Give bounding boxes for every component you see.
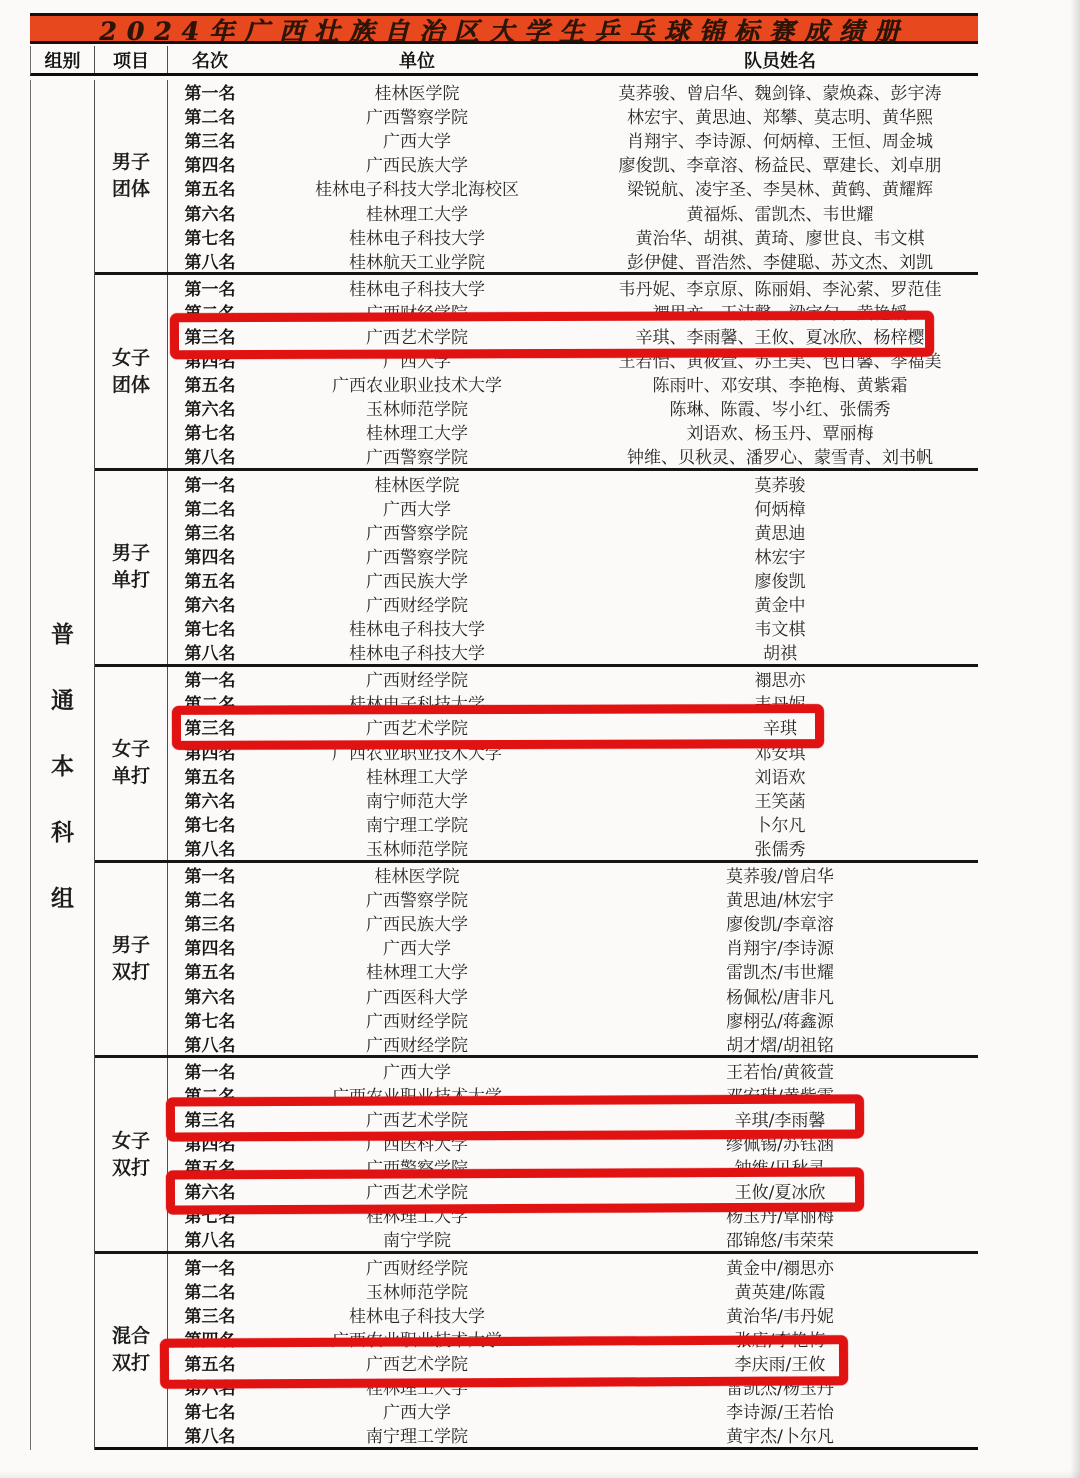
rank-cell: 第六名 — [168, 1374, 252, 1399]
rows-container: 第一名广西财经学院黄金中/禤思亦第二名玉林师范学院黄英建/陈霞第三名桂林电子科技… — [168, 1254, 978, 1447]
players-cell: 黄金中 — [582, 591, 978, 616]
rank-cell: 第五名 — [168, 1154, 252, 1179]
event-section: 女子双打第一名广西大学王若怡/黄筱萱第二名广西农业职业技术大学邓安琪/黄紫霜第三… — [95, 1058, 978, 1254]
result-row: 第二名桂林电子科技大学韦丹妮 — [168, 691, 978, 715]
rank-cell: 第七名 — [168, 811, 252, 836]
result-row: 第五名桂林电子科技大学北海校区梁锐航、凌宇圣、李昊林、黄鹤、黄耀辉 — [168, 176, 978, 200]
unit-cell: 广西警察学院 — [252, 1154, 582, 1179]
page-title: 2024年广西壮族自治区大学生乒乓球锦标赛成绩册 — [99, 12, 909, 48]
players-cell: 肖翔宇、李诗源、何炳樟、王恒、周金城 — [582, 127, 978, 152]
rank-cell: 第八名 — [168, 248, 252, 273]
rank-cell: 第六名 — [168, 787, 252, 812]
event-section: 混合双打第一名广西财经学院黄金中/禤思亦第二名玉林师范学院黄英建/陈霞第三名桂林… — [95, 1254, 978, 1450]
players-cell: 王攸/夏冰欣 — [582, 1178, 978, 1203]
header-players: 队员姓名 — [582, 46, 978, 73]
header-unit: 单位 — [252, 46, 582, 73]
unit-cell: 广西财经学院 — [252, 1007, 582, 1032]
players-cell: 林宏宇 — [582, 543, 978, 568]
players-cell: 刘语欢 — [582, 763, 978, 788]
players-cell: 陈琳、陈霞、岑小红、张儒秀 — [582, 395, 978, 420]
rank-cell: 第七名 — [168, 1007, 252, 1032]
table-body: 普通本科组 男子团体第一名桂林医学院莫荞骏、曾启华、魏剑锋、蒙焕森、彭宇涛第二名… — [30, 80, 978, 1450]
unit-cell: 桂林电子科技大学北海校区 — [252, 175, 582, 200]
rank-cell: 第四名 — [168, 1130, 252, 1155]
players-cell: 黄金中/禤思亦 — [582, 1254, 978, 1279]
unit-cell: 桂林电子科技大学 — [252, 275, 582, 300]
rank-cell: 第六名 — [168, 591, 252, 616]
players-cell: 钟维、贝秋灵、潘罗心、蒙雪青、刘书帆 — [582, 443, 978, 468]
result-row: 第五名桂林理工大学雷凯杰/韦世耀 — [168, 959, 978, 983]
result-row: 第四名广西医科大学缪佩锡/苏钰涵 — [168, 1131, 978, 1155]
rank-cell: 第一名 — [168, 471, 252, 496]
players-cell: 张唐/李艳梅 — [582, 1326, 978, 1351]
players-cell: 钟维/贝秋灵 — [582, 1154, 978, 1179]
players-cell: 肖翔宇/李诗源 — [582, 934, 978, 959]
unit-cell: 广西民族大学 — [252, 567, 582, 592]
unit-cell: 南宁学院 — [252, 1226, 582, 1251]
unit-cell: 广西医科大学 — [252, 983, 582, 1008]
players-cell: 辛琪 — [582, 714, 978, 739]
unit-cell: 玉林师范学院 — [252, 835, 582, 860]
players-cell: 邓安琪/黄紫霜 — [582, 1082, 978, 1107]
result-row: 第七名广西财经学院廖栩弘/蒋鑫源 — [168, 1007, 978, 1031]
result-row: 第三名广西艺术学院辛琪/李雨馨 — [168, 1106, 978, 1130]
unit-cell: 广西农业职业技术大学 — [252, 371, 582, 396]
rank-cell: 第八名 — [168, 835, 252, 860]
rank-cell: 第四名 — [168, 1326, 252, 1351]
rows-container: 第一名桂林医学院莫荞骏第二名广西大学何炳樟第三名广西警察学院黄思迪第四名广西警察… — [168, 471, 978, 664]
header-event: 项目 — [95, 46, 168, 73]
result-row: 第五名广西警察学院钟维/贝秋灵 — [168, 1155, 978, 1179]
players-cell: 王笑菡 — [582, 787, 978, 812]
rank-cell: 第五名 — [168, 958, 252, 983]
unit-cell: 玉林师范学院 — [252, 395, 582, 420]
rank-cell: 第六名 — [168, 200, 252, 225]
event-section: 女子团体第一名桂林电子科技大学韦丹妮、李京原、陈丽娟、李沁萦、罗范佳第二名广西财… — [95, 275, 978, 471]
unit-cell: 广西农业职业技术大学 — [252, 1082, 582, 1107]
unit-cell: 桂林电子科技大学 — [252, 224, 582, 249]
result-row: 第一名桂林电子科技大学韦丹妮、李京原、陈丽娟、李沁萦、罗范佳 — [168, 275, 978, 299]
rank-cell: 第二名 — [168, 1082, 252, 1107]
players-cell: 林宏宇、黄思迪、郑攀、莫志明、黄华熙 — [582, 103, 978, 128]
unit-cell: 桂林理工大学 — [252, 419, 582, 444]
result-row: 第二名广西财经学院禤思亦、王洁馨、梁宇匀、黄艳媛 — [168, 299, 978, 323]
result-row: 第五名桂林理工大学刘语欢 — [168, 763, 978, 787]
result-row: 第四名广西农业职业技术大学邓安琪 — [168, 739, 978, 763]
result-row: 第一名广西财经学院黄金中/禤思亦 — [168, 1254, 978, 1278]
unit-cell: 桂林理工大学 — [252, 763, 582, 788]
players-cell: 杨佩松/唐非凡 — [582, 983, 978, 1008]
result-row: 第七名桂林电子科技大学黄治华、胡祺、黄琦、廖世良、韦文棋 — [168, 224, 978, 248]
players-cell: 胡祺 — [582, 639, 978, 664]
rank-cell: 第六名 — [168, 1178, 252, 1203]
rank-cell: 第七名 — [168, 615, 252, 640]
event-section: 男子团体第一名桂林医学院莫荞骏、曾启华、魏剑锋、蒙焕森、彭宇涛第二名广西警察学院… — [95, 80, 978, 276]
unit-cell: 广西民族大学 — [252, 910, 582, 935]
result-row: 第四名广西民族大学廖俊凯、李章溶、杨益民、覃建长、刘卓朋 — [168, 152, 978, 176]
rank-cell: 第三名 — [168, 1302, 252, 1327]
unit-cell: 广西艺术学院 — [252, 1106, 582, 1131]
result-row: 第三名广西艺术学院辛琪 — [168, 715, 978, 739]
players-cell: 梁锐航、凌宇圣、李昊林、黄鹤、黄耀辉 — [582, 175, 978, 200]
result-row: 第六名桂林理工大学雷凯杰/杨玉丹 — [168, 1374, 978, 1398]
result-row: 第一名广西大学王若怡/黄筱萱 — [168, 1058, 978, 1082]
unit-cell: 广西财经学院 — [252, 591, 582, 616]
rank-cell: 第五名 — [168, 1350, 252, 1375]
result-row: 第一名桂林医学院莫荞骏/曾启华 — [168, 863, 978, 887]
result-row: 第六名广西医科大学杨佩松/唐非凡 — [168, 983, 978, 1007]
unit-cell: 桂林理工大学 — [252, 1374, 582, 1399]
unit-cell: 广西艺术学院 — [252, 1178, 582, 1203]
rank-cell: 第二名 — [168, 103, 252, 128]
players-cell: 何炳樟 — [582, 495, 978, 520]
players-cell: 卜尔凡 — [582, 811, 978, 836]
result-row: 第一名桂林医学院莫荞骏、曾启华、魏剑锋、蒙焕森、彭宇涛 — [168, 80, 978, 104]
event-label: 男子团体 — [95, 80, 168, 273]
rank-cell: 第一名 — [168, 275, 252, 300]
players-cell: 廖俊凯/李章溶 — [582, 910, 978, 935]
unit-cell: 广西大学 — [252, 347, 582, 372]
result-row: 第八名玉林师范学院张儒秀 — [168, 835, 978, 859]
result-row: 第三名广西警察学院黄思迪 — [168, 519, 978, 543]
unit-cell: 广西大学 — [252, 1398, 582, 1423]
rows-container: 第一名桂林电子科技大学韦丹妮、李京原、陈丽娟、李沁萦、罗范佳第二名广西财经学院禤… — [168, 275, 978, 468]
players-cell: 辛琪、李雨馨、王攸、夏冰欣、杨梓樱 — [582, 323, 978, 348]
rank-cell: 第四名 — [168, 347, 252, 372]
rank-cell: 第八名 — [168, 1422, 252, 1447]
unit-cell: 广西大学 — [252, 127, 582, 152]
rank-cell: 第七名 — [168, 1398, 252, 1423]
rank-cell: 第三名 — [168, 910, 252, 935]
players-cell: 杨玉丹/覃丽梅 — [582, 1202, 978, 1227]
header-rank: 名次 — [168, 46, 252, 73]
players-cell: 禤思亦 — [582, 666, 978, 691]
players-cell: 辛琪/李雨馨 — [582, 1106, 978, 1131]
rank-cell: 第八名 — [168, 1031, 252, 1056]
players-cell: 黄福烁、雷凯杰、韦世耀 — [582, 200, 978, 225]
result-row: 第二名广西警察学院林宏宇、黄思迪、郑攀、莫志明、黄华熙 — [168, 104, 978, 128]
group-label-char: 组 — [51, 880, 74, 913]
result-row: 第七名南宁理工学院卜尔凡 — [168, 811, 978, 835]
results-page: 2024年广西壮族自治区大学生乒乓球锦标赛成绩册 组别 项目 名次 单位 队员姓… — [0, 0, 1080, 1478]
result-row: 第六名广西艺术学院王攸/夏冰欣 — [168, 1179, 978, 1203]
result-row: 第六名广西财经学院黄金中 — [168, 591, 978, 615]
unit-cell: 广西警察学院 — [252, 543, 582, 568]
result-row: 第三名广西民族大学廖俊凯/李章溶 — [168, 911, 978, 935]
rank-cell: 第一名 — [168, 1058, 252, 1083]
unit-cell: 广西警察学院 — [252, 443, 582, 468]
unit-cell: 广西农业职业技术大学 — [252, 1326, 582, 1351]
table-header-row: 组别 项目 名次 单位 队员姓名 — [30, 46, 978, 76]
rank-cell: 第二名 — [168, 495, 252, 520]
unit-cell: 桂林理工大学 — [252, 1202, 582, 1227]
players-cell: 韦文棋 — [582, 615, 978, 640]
result-row: 第七名桂林电子科技大学韦文棋 — [168, 616, 978, 640]
group-label-char: 普 — [51, 616, 74, 649]
group-label-char: 本 — [51, 748, 74, 781]
result-row: 第二名广西大学何炳樟 — [168, 495, 978, 519]
result-row: 第六名南宁师范大学王笑菡 — [168, 787, 978, 811]
unit-cell: 南宁理工学院 — [252, 811, 582, 836]
rank-cell: 第四名 — [168, 934, 252, 959]
group-label-char: 通 — [51, 682, 74, 715]
players-cell: 黄治华/韦丹妮 — [582, 1302, 978, 1327]
rows-container: 第一名广西财经学院禤思亦第二名桂林电子科技大学韦丹妮第三名广西艺术学院辛琪第四名… — [168, 667, 978, 860]
unit-cell: 广西警察学院 — [252, 886, 582, 911]
players-cell: 廖俊凯 — [582, 567, 978, 592]
unit-cell: 广西警察学院 — [252, 103, 582, 128]
result-row: 第五名广西艺术学院李庆雨/王攸 — [168, 1350, 978, 1374]
result-row: 第七名桂林理工大学刘语欢、杨玉丹、覃丽梅 — [168, 420, 978, 444]
unit-cell: 广西艺术学院 — [252, 714, 582, 739]
event-section: 男子双打第一名桂林医学院莫荞骏/曾启华第二名广西警察学院黄思迪/林宏宇第三名广西… — [95, 863, 978, 1059]
players-cell: 李庆雨/王攸 — [582, 1350, 978, 1375]
players-cell: 胡才熠/胡祖铭 — [582, 1031, 978, 1056]
rank-cell: 第一名 — [168, 862, 252, 887]
rows-container: 第一名桂林医学院莫荞骏、曾启华、魏剑锋、蒙焕森、彭宇涛第二名广西警察学院林宏宇、… — [168, 80, 978, 273]
rank-cell: 第三名 — [168, 323, 252, 348]
players-cell: 莫荞骏、曾启华、魏剑锋、蒙焕森、彭宇涛 — [582, 79, 978, 104]
unit-cell: 广西财经学院 — [252, 1031, 582, 1056]
result-row: 第八名广西警察学院钟维、贝秋灵、潘罗心、蒙雪青、刘书帆 — [168, 444, 978, 468]
rank-cell: 第三名 — [168, 127, 252, 152]
unit-cell: 广西民族大学 — [252, 151, 582, 176]
event-label: 混合双打 — [95, 1254, 168, 1447]
rank-cell: 第八名 — [168, 1226, 252, 1251]
rank-cell: 第二名 — [168, 299, 252, 324]
rank-cell: 第三名 — [168, 714, 252, 739]
unit-cell: 南宁师范大学 — [252, 787, 582, 812]
rows-container: 第一名广西大学王若怡/黄筱萱第二名广西农业职业技术大学邓安琪/黄紫霜第三名广西艺… — [168, 1058, 978, 1251]
event-label: 女子双打 — [95, 1058, 168, 1251]
unit-cell: 广西财经学院 — [252, 299, 582, 324]
unit-cell: 广西大学 — [252, 495, 582, 520]
rank-cell: 第六名 — [168, 395, 252, 420]
unit-cell: 广西医科大学 — [252, 1130, 582, 1155]
rows-container: 第一名桂林医学院莫荞骏/曾启华第二名广西警察学院黄思迪/林宏宇第三名广西民族大学… — [168, 863, 978, 1056]
players-cell: 黄思迪 — [582, 519, 978, 544]
result-row: 第三名桂林电子科技大学黄治华/韦丹妮 — [168, 1302, 978, 1326]
rank-cell: 第四名 — [168, 543, 252, 568]
result-row: 第五名广西农业职业技术大学陈雨叶、邓安琪、李艳梅、黄紫霜 — [168, 372, 978, 396]
players-cell: 雷凯杰/韦世耀 — [582, 958, 978, 983]
rank-cell: 第三名 — [168, 1106, 252, 1131]
players-cell: 韦丹妮、李京原、陈丽娟、李沁萦、罗范佳 — [582, 275, 978, 300]
rank-cell: 第二名 — [168, 886, 252, 911]
players-cell: 张儒秀 — [582, 835, 978, 860]
rank-cell: 第五名 — [168, 371, 252, 396]
result-row: 第七名桂林理工大学杨玉丹/覃丽梅 — [168, 1203, 978, 1227]
players-cell: 黄英建/陈霞 — [582, 1278, 978, 1303]
result-row: 第六名玉林师范学院陈琳、陈霞、岑小红、张儒秀 — [168, 396, 978, 420]
players-cell: 陈雨叶、邓安琪、李艳梅、黄紫霜 — [582, 371, 978, 396]
players-cell: 廖俊凯、李章溶、杨益民、覃建长、刘卓朋 — [582, 151, 978, 176]
rank-cell: 第二名 — [168, 690, 252, 715]
unit-cell: 桂林医学院 — [252, 79, 582, 104]
rank-cell: 第五名 — [168, 567, 252, 592]
rank-cell: 第六名 — [168, 983, 252, 1008]
players-cell: 缪佩锡/苏钰涵 — [582, 1130, 978, 1155]
players-cell: 王若怡/黄筱萱 — [582, 1058, 978, 1083]
rank-cell: 第五名 — [168, 763, 252, 788]
players-cell: 邵锦悠/韦荣荣 — [582, 1226, 978, 1251]
unit-cell: 桂林电子科技大学 — [252, 1302, 582, 1327]
result-row: 第八名广西财经学院胡才熠/胡祖铭 — [168, 1031, 978, 1055]
unit-cell: 桂林医学院 — [252, 862, 582, 887]
unit-cell: 桂林理工大学 — [252, 200, 582, 225]
players-cell: 彭伊健、晋浩然、李健聪、苏文杰、刘凯 — [582, 248, 978, 273]
players-cell: 黄思迪/林宏宇 — [582, 886, 978, 911]
event-section: 男子单打第一名桂林医学院莫荞骏第二名广西大学何炳樟第三名广西警察学院黄思迪第四名… — [95, 471, 978, 667]
result-row: 第四名广西大学王若怡、黄筱萱、苏王美、包日馨、李福美 — [168, 348, 978, 372]
unit-cell: 桂林医学院 — [252, 471, 582, 496]
result-row: 第一名广西财经学院禤思亦 — [168, 667, 978, 691]
rank-cell: 第一名 — [168, 666, 252, 691]
players-cell: 廖栩弘/蒋鑫源 — [582, 1007, 978, 1032]
sections-container: 男子团体第一名桂林医学院莫荞骏、曾启华、魏剑锋、蒙焕森、彭宇涛第二名广西警察学院… — [95, 80, 978, 1450]
unit-cell: 广西财经学院 — [252, 666, 582, 691]
rank-cell: 第四名 — [168, 151, 252, 176]
result-row: 第二名广西警察学院黄思迪/林宏宇 — [168, 887, 978, 911]
players-cell: 韦丹妮 — [582, 690, 978, 715]
unit-cell: 广西大学 — [252, 1058, 582, 1083]
rank-cell: 第七名 — [168, 224, 252, 249]
players-cell: 邓安琪 — [582, 739, 978, 764]
players-cell: 刘语欢、杨玉丹、覃丽梅 — [582, 419, 978, 444]
event-label: 男子双打 — [95, 863, 168, 1056]
rank-cell: 第二名 — [168, 1278, 252, 1303]
players-cell: 莫荞骏/曾启华 — [582, 862, 978, 887]
rank-cell: 第一名 — [168, 79, 252, 104]
result-row: 第八名桂林电子科技大学胡祺 — [168, 640, 978, 664]
unit-cell: 桂林航天工业学院 — [252, 248, 582, 273]
unit-cell: 广西财经学院 — [252, 1254, 582, 1279]
result-row: 第八名南宁理工学院黄宇杰/卜尔凡 — [168, 1423, 978, 1447]
result-row: 第二名广西农业职业技术大学邓安琪/黄紫霜 — [168, 1082, 978, 1106]
group-column: 普通本科组 — [31, 80, 95, 1450]
result-row: 第五名广西民族大学廖俊凯 — [168, 567, 978, 591]
result-row: 第二名玉林师范学院黄英建/陈霞 — [168, 1278, 978, 1302]
result-row: 第八名南宁学院邵锦悠/韦荣荣 — [168, 1227, 978, 1251]
unit-cell: 桂林电子科技大学 — [252, 615, 582, 640]
result-row: 第四名广西大学肖翔宇/李诗源 — [168, 935, 978, 959]
result-row: 第七名广西大学李诗源/王若怡 — [168, 1399, 978, 1423]
result-row: 第三名广西大学肖翔宇、李诗源、何炳樟、王恒、周金城 — [168, 128, 978, 152]
unit-cell: 南宁理工学院 — [252, 1422, 582, 1447]
unit-cell: 广西大学 — [252, 934, 582, 959]
result-row: 第四名广西警察学院林宏宇 — [168, 543, 978, 567]
rank-cell: 第三名 — [168, 519, 252, 544]
players-cell: 雷凯杰/杨玉丹 — [582, 1374, 978, 1399]
unit-cell: 桂林电子科技大学 — [252, 690, 582, 715]
unit-cell: 广西农业职业技术大学 — [252, 739, 582, 764]
header-group: 组别 — [31, 46, 95, 73]
result-row: 第八名桂林航天工业学院彭伊健、晋浩然、李健聪、苏文杰、刘凯 — [168, 248, 978, 272]
players-cell: 李诗源/王若怡 — [582, 1398, 978, 1423]
unit-cell: 桂林电子科技大学 — [252, 639, 582, 664]
rank-cell: 第八名 — [168, 639, 252, 664]
players-cell: 莫荞骏 — [582, 471, 978, 496]
rank-cell: 第一名 — [168, 1254, 252, 1279]
players-cell: 黄宇杰/卜尔凡 — [582, 1422, 978, 1447]
result-row: 第四名广西农业职业技术大学张唐/李艳梅 — [168, 1326, 978, 1350]
result-row: 第三名广西艺术学院辛琪、李雨馨、王攸、夏冰欣、杨梓樱 — [168, 323, 978, 347]
players-cell: 王若怡、黄筱萱、苏王美、包日馨、李福美 — [582, 347, 978, 372]
title-banner: 2024年广西壮族自治区大学生乒乓球锦标赛成绩册 — [30, 13, 978, 44]
rank-cell: 第七名 — [168, 1202, 252, 1227]
event-label: 女子团体 — [95, 275, 168, 468]
unit-cell: 广西艺术学院 — [252, 323, 582, 348]
players-cell: 禤思亦、王洁馨、梁宇匀、黄艳媛 — [582, 299, 978, 324]
unit-cell: 广西艺术学院 — [252, 1350, 582, 1375]
unit-cell: 桂林理工大学 — [252, 958, 582, 983]
result-row: 第六名桂林理工大学黄福烁、雷凯杰、韦世耀 — [168, 200, 978, 224]
rank-cell: 第七名 — [168, 419, 252, 444]
result-row: 第一名桂林医学院莫荞骏 — [168, 471, 978, 495]
players-cell: 黄治华、胡祺、黄琦、廖世良、韦文棋 — [582, 224, 978, 249]
rank-cell: 第四名 — [168, 739, 252, 764]
unit-cell: 广西警察学院 — [252, 519, 582, 544]
group-label-char: 科 — [51, 814, 74, 847]
event-label: 男子单打 — [95, 471, 168, 664]
event-section: 女子单打第一名广西财经学院禤思亦第二名桂林电子科技大学韦丹妮第三名广西艺术学院辛… — [95, 667, 978, 863]
bottom-shade — [0, 1470, 1080, 1478]
rank-cell: 第八名 — [168, 443, 252, 468]
page-edge-shadow — [1070, 0, 1080, 1478]
unit-cell: 玉林师范学院 — [252, 1278, 582, 1303]
rank-cell: 第五名 — [168, 175, 252, 200]
event-label: 女子单打 — [95, 667, 168, 860]
